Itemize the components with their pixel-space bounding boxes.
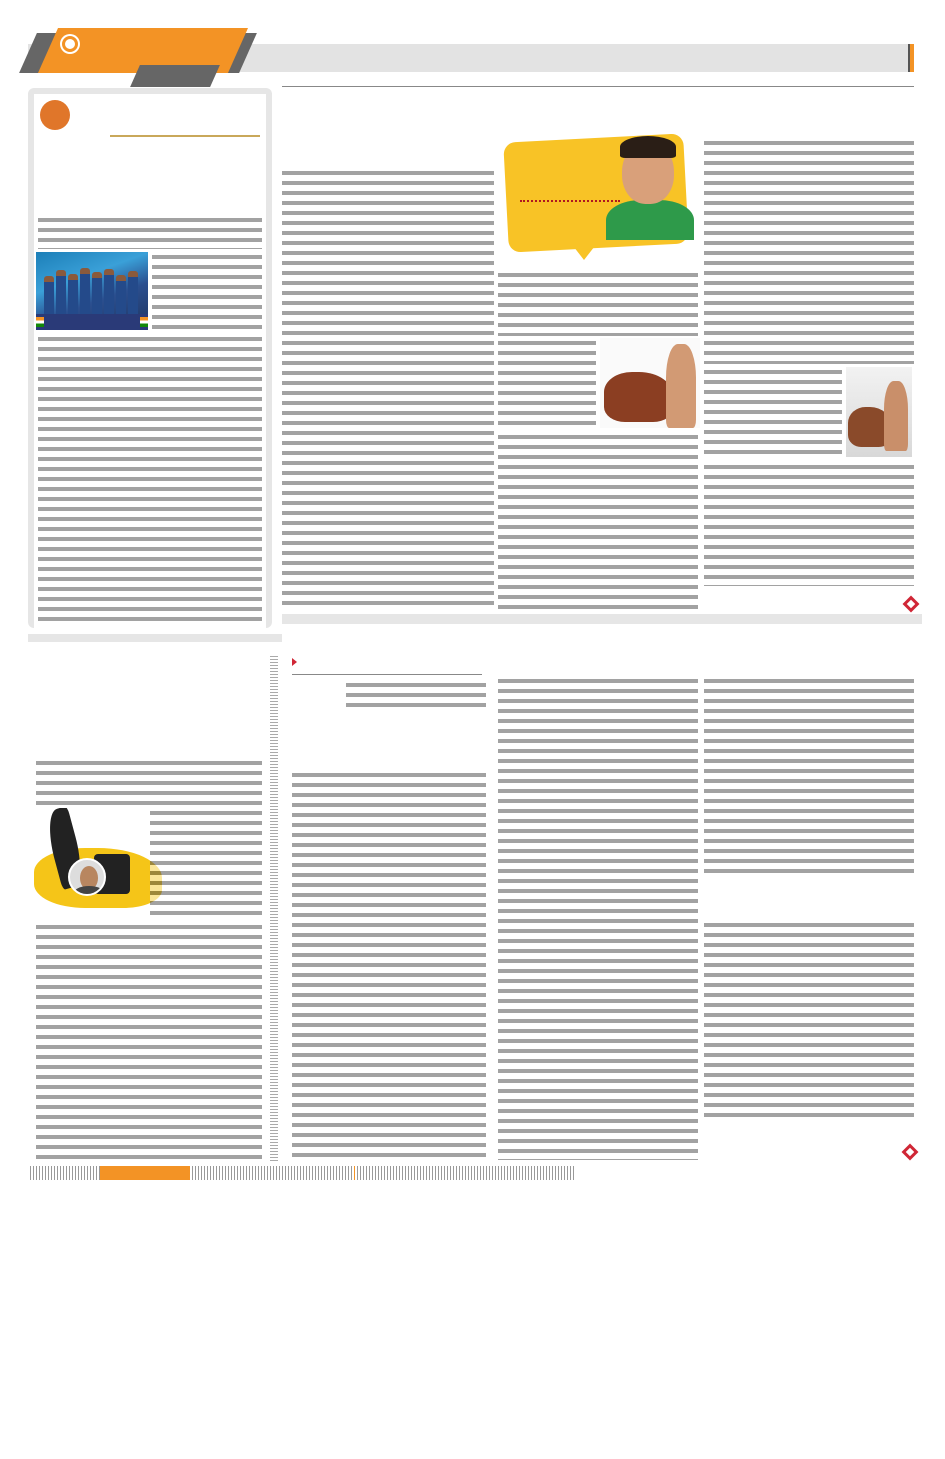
end-of-article-icon (902, 1144, 919, 1161)
main-article-column-2 (498, 432, 698, 610)
shloka-author-avatar (68, 858, 106, 896)
cow-photo[interactable] (846, 367, 912, 457)
section-divider (28, 634, 282, 642)
constitution-column-3 (704, 676, 914, 876)
newspaper-logo[interactable] (62, 31, 82, 56)
shloka-body-text (36, 922, 262, 1160)
ambedkar-quote (292, 716, 486, 766)
main-article-column-2 (498, 338, 596, 428)
accent-bar (908, 44, 914, 72)
editorial-body-text (38, 215, 262, 249)
main-article-column-3 (704, 367, 842, 459)
main-article-column-3 (704, 138, 914, 364)
header-rule (282, 86, 914, 87)
byline-rule (292, 674, 482, 675)
shloka-body-text (36, 758, 262, 806)
constitution-column-2 (498, 676, 698, 1160)
main-article-intro (316, 136, 494, 166)
page-number-box (130, 65, 220, 87)
section-divider (282, 614, 922, 624)
constitution-column-1 (292, 770, 486, 1160)
constitution-intro (346, 680, 486, 710)
constitution-ending (704, 1148, 904, 1160)
author-photo (600, 130, 700, 240)
end-of-article-icon (903, 596, 920, 613)
column-badge-tail (570, 242, 598, 260)
logo-emblem-icon (62, 36, 78, 52)
editorial-body-text (152, 252, 262, 332)
column-dots (520, 200, 620, 202)
constitution-byline (292, 658, 300, 669)
main-article-column-3 (704, 462, 914, 586)
constitution-col2-start (498, 654, 698, 674)
editorial-emblem-icon (40, 100, 70, 130)
main-article-column-1 (282, 168, 494, 610)
editorial-body-text (38, 334, 262, 624)
editorial-header (40, 100, 78, 130)
bull-photo[interactable] (600, 338, 700, 428)
main-article-ending (704, 588, 894, 610)
champions-caption (36, 314, 148, 330)
column-separator (270, 654, 278, 1162)
editorial-intro (110, 175, 262, 213)
shloka-meaning (36, 724, 262, 756)
constitution-col3-start (704, 654, 914, 674)
champions-photo[interactable] (36, 252, 148, 330)
shloka-body-text (150, 808, 262, 920)
ornament-divider (110, 135, 260, 137)
constitution-column-3 (704, 920, 914, 1120)
hatch-divider (28, 1166, 110, 1180)
main-article-column-2 (498, 270, 698, 336)
